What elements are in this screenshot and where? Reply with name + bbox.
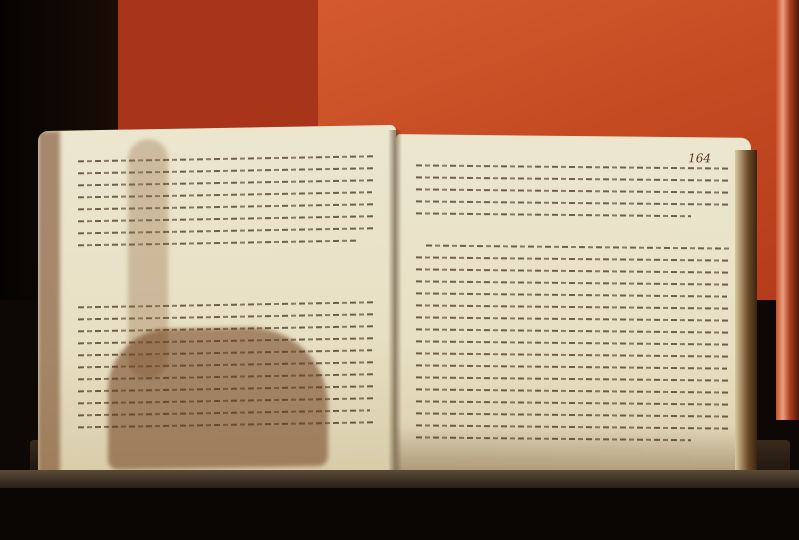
right-page: 164 xyxy=(396,134,751,488)
left-page xyxy=(38,125,396,479)
display-shelf xyxy=(0,470,799,488)
display-base xyxy=(0,488,799,540)
display-glass-edge xyxy=(776,0,799,420)
folio-number: 164 xyxy=(688,151,711,165)
book-spine xyxy=(388,130,402,490)
page-edge xyxy=(735,150,757,480)
water-stain xyxy=(38,131,60,479)
museum-display-photo: 164 xyxy=(0,0,799,540)
